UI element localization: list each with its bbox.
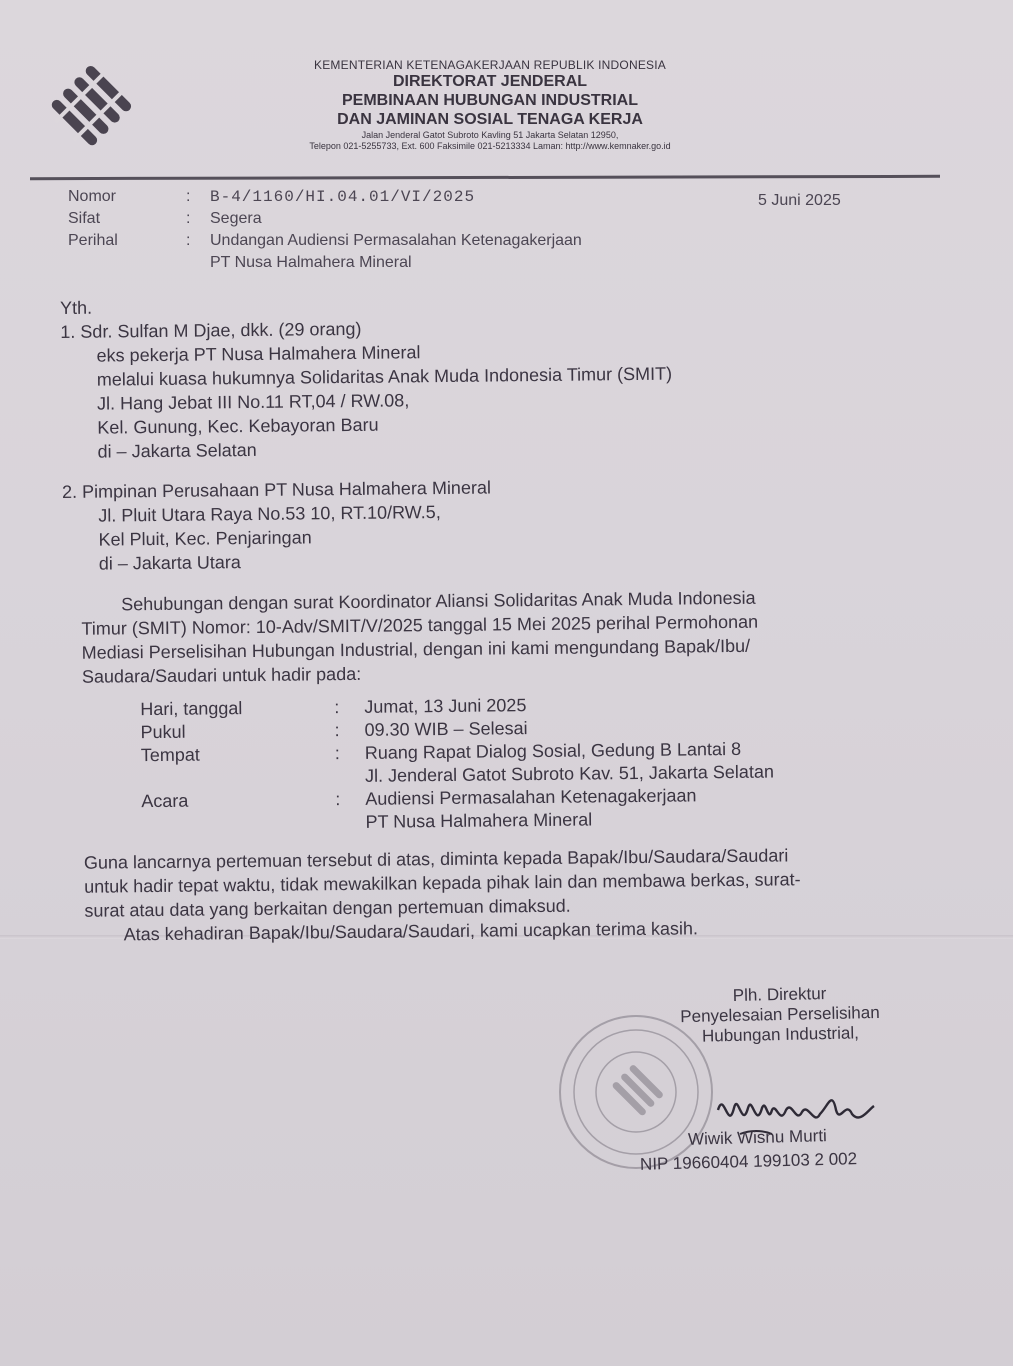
colon: : [186, 188, 210, 210]
sifat-value: Segera [210, 210, 262, 232]
schedule-value: PT Nusa Halmahera Mineral [365, 809, 592, 834]
signatory-nip: NIP 19660404 199103 2 002 [640, 1149, 858, 1175]
schedule-label: Acara [141, 789, 335, 814]
colon: : [334, 697, 364, 720]
schedule-value: 09.30 WIB – Selesai [364, 718, 527, 743]
meeting-schedule: Hari, tanggal:Jumat, 13 Juni 2025 Pukul:… [140, 691, 955, 838]
colon: : [186, 232, 210, 254]
schedule-label: Hari, tanggal [140, 697, 334, 722]
letter-page: KEMENTERIAN KETENAGAKERJAAN REPUBLIK IND… [0, 0, 1013, 1366]
directorate-name: DIREKTORAT JENDERAL [210, 73, 770, 91]
letter-body: Yth. 1. Sdr. Sulfan M Djae, dkk. (29 ora… [60, 289, 957, 948]
schedule-value: Jl. Jenderal Gatot Subroto Kav. 51, Jaka… [365, 762, 774, 789]
schedule-label: Tempat [141, 743, 335, 768]
schedule-value: Audiensi Permasalahan Ketenagakerjaan [365, 785, 696, 811]
ministry-name: KEMENTERIAN KETENAGAKERJAAN REPUBLIK IND… [210, 58, 770, 72]
schedule-value: Jumat, 13 Juni 2025 [364, 695, 526, 720]
colon: : [186, 210, 210, 232]
letterhead: KEMENTERIAN KETENAGAKERJAAN REPUBLIK IND… [210, 58, 770, 151]
nomor-label: Nomor [68, 188, 186, 210]
letter-meta: Nomor:B-4/1160/HI.04.01/VI/2025 Sifat:Se… [68, 188, 582, 276]
nomor-value: B-4/1160/HI.04.01/VI/2025 [210, 188, 475, 210]
office-address: Jalan Jenderal Gatot Subroto Kavling 51 … [210, 130, 770, 140]
colon: : [334, 720, 364, 743]
office-contact: Telepon 021-5255733, Ext. 600 Faksimile … [210, 141, 770, 151]
letter-date: 5 Juni 2025 [758, 192, 841, 210]
kemnaker-logo-icon [38, 62, 142, 152]
schedule-label: Pukul [140, 720, 334, 745]
instruction-paragraph: Guna lancarnya pertemuan tersebut di ata… [66, 843, 957, 948]
perihal-value-2: PT Nusa Halmahera Mineral [210, 254, 412, 276]
signatory-name: Wiwik Wisnu Murti [688, 1126, 827, 1150]
sifat-label: Sifat [68, 210, 186, 232]
letterhead-divider [30, 175, 940, 180]
directorate-line-2: PEMBINAAN HUBUNGAN INDUSTRIAL [210, 92, 770, 110]
colon: : [335, 743, 365, 766]
perihal-label: Perihal [68, 232, 186, 254]
perihal-value: Undangan Audiensi Permasalahan Ketenagak… [210, 232, 582, 254]
colon: : [335, 789, 365, 812]
signature-block: Plh. Direktur Penyelesaian Perselisihan … [639, 982, 920, 1048]
intro-paragraph: Sehubungan dengan surat Koordinator Alia… [63, 585, 954, 690]
directorate-line-3: DAN JAMINAN SOSIAL TENAGA KERJA [210, 111, 770, 129]
